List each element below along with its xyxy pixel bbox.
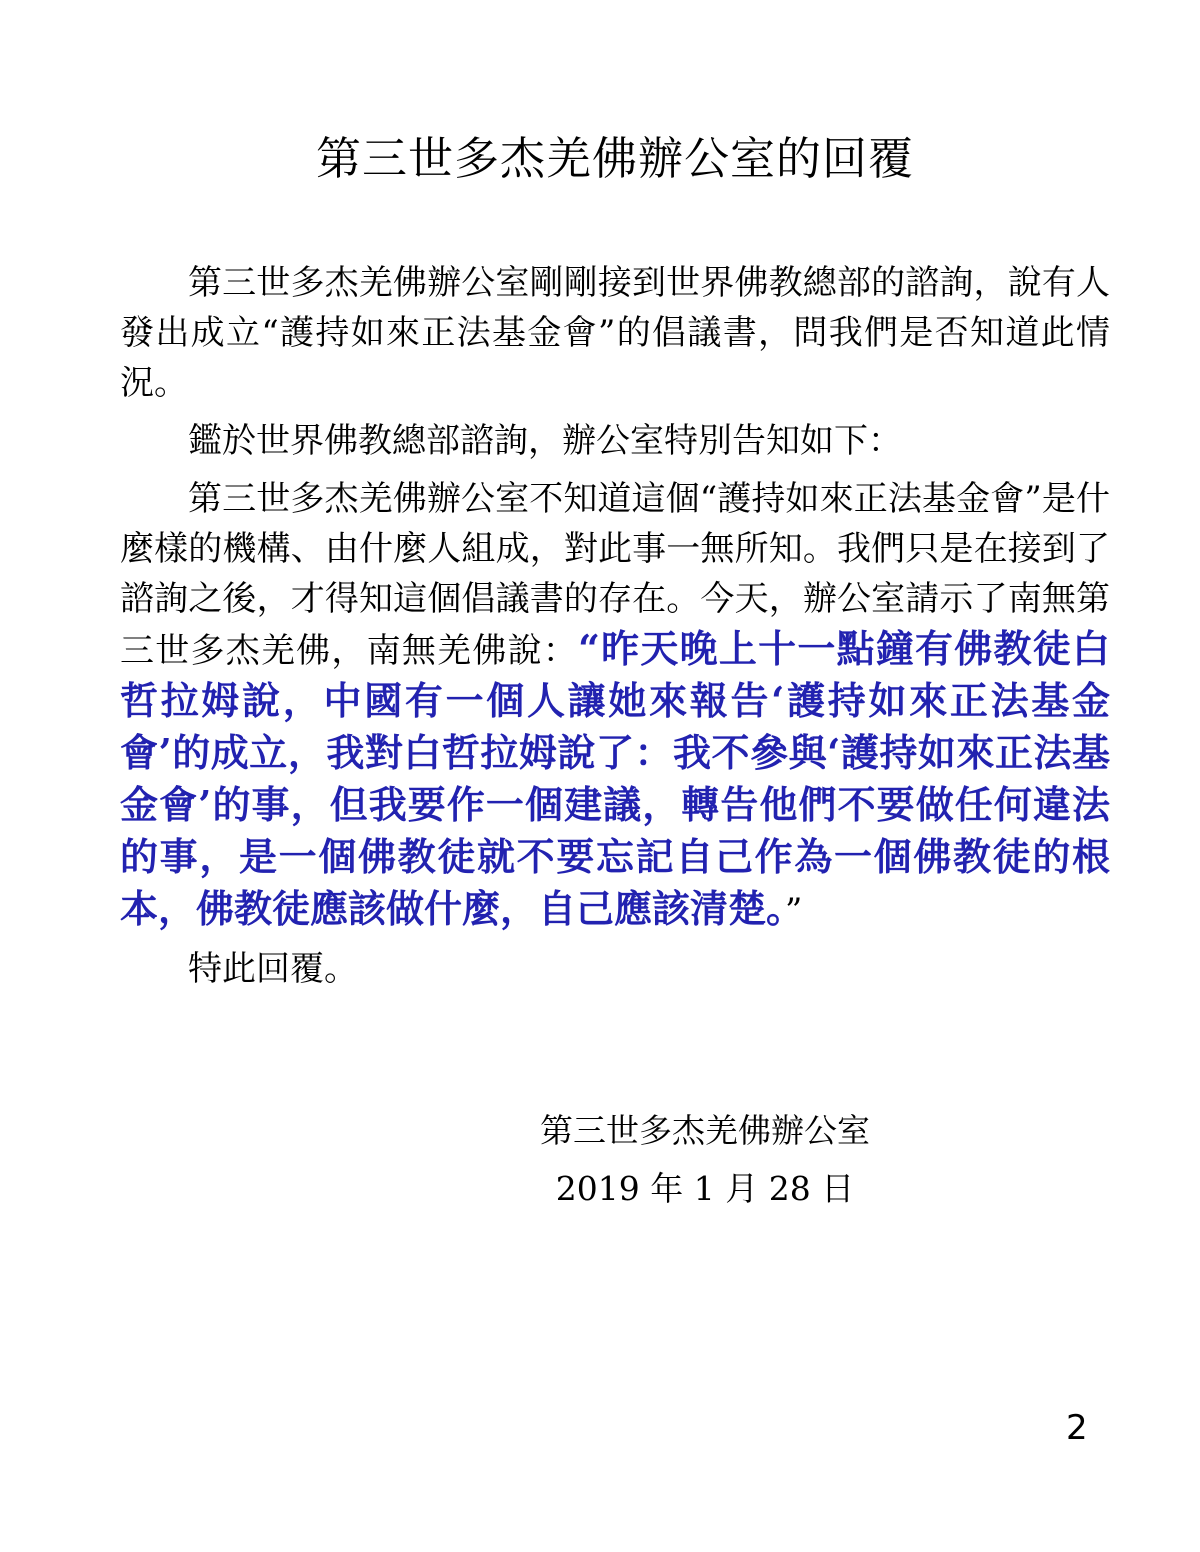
paragraph-closing: 特此回覆。: [120, 944, 1110, 994]
document-title: 第三世多杰羌佛辦公室的回覆: [120, 132, 1110, 186]
signature-block: 第三世多杰羌佛辦公室 2019 年 1 月 28 日: [210, 1106, 1200, 1214]
paragraph-inquiry-received: 第三世多杰羌佛辦公室剛剛接到世界佛教總部的諮詢，說有人發出成立“護持如來正法基金…: [120, 258, 1110, 408]
closing-quote-mark: ”: [785, 891, 802, 931]
document-content: 第三世多杰羌佛辦公室的回覆 第三世多杰羌佛辦公室剛剛接到世界佛教總部的諮詢，說有…: [120, 132, 1110, 1214]
paragraph-notice-intro: 鑑於世界佛教總部諮詢，辦公室特別告知如下：: [120, 416, 1110, 466]
page-number: 2: [1066, 1408, 1088, 1448]
paragraph-statement: 第三世多杰羌佛辦公室不知道這個“護持如來正法基金會”是什麼樣的機構、由什麼人組成…: [120, 474, 1110, 936]
document-page: 第三世多杰羌佛辦公室的回覆 第三世多杰羌佛辦公室剛剛接到世界佛教總部的諮詢，說有…: [0, 0, 1200, 1552]
signature-office-name: 第三世多杰羌佛辦公室: [210, 1106, 1200, 1156]
signature-date: 2019 年 1 月 28 日: [210, 1164, 1200, 1214]
buddha-quote-blue-text: “昨天晚上十一點鐘有佛教徒白哲拉姆說，中國有一個人讓她來報告‘護持如來正法基金會…: [120, 626, 1110, 931]
